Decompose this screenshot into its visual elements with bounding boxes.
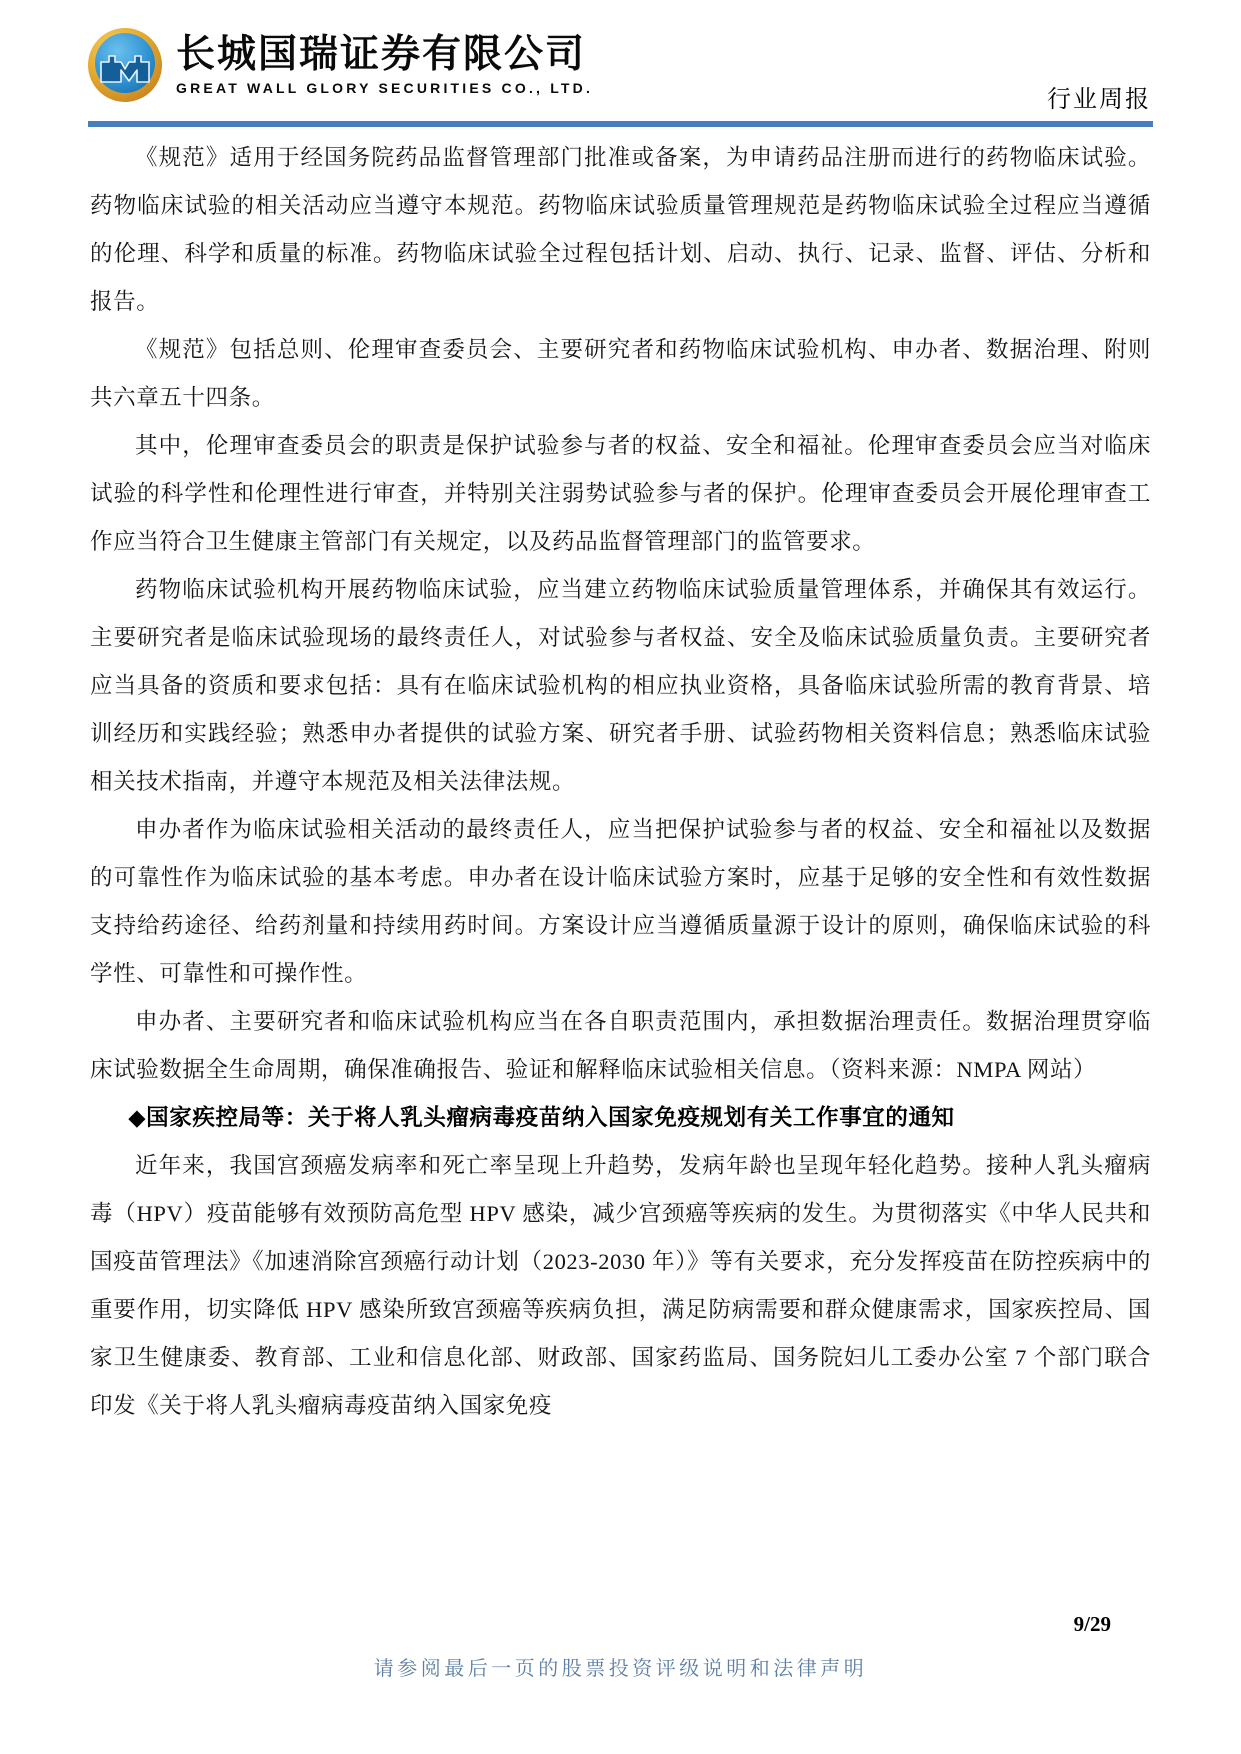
report-type-label: 行业周报 (1047, 79, 1151, 114)
body-paragraph: 近年来，我国宫颈癌发病率和死亡率呈现上升趋势，发病年龄也呈现年轻化趋势。接种人乳… (90, 1142, 1151, 1430)
company-name-en: GREAT WALL GLORY SECURITIES CO., LTD. (176, 80, 593, 96)
section-heading: ◆国家疾控局等：关于将人乳头瘤病毒疫苗纳入国家免疫规划有关工作事宜的通知 (90, 1094, 1151, 1142)
report-page: 长城国瑞证券有限公司 GREAT WALL GLORY SECURITIES C… (0, 0, 1241, 1754)
body-paragraph: 药物临床试验机构开展药物临床试验，应当建立药物临床试验质量管理体系，并确保其有效… (90, 566, 1151, 806)
body-paragraph: 《规范》包括总则、伦理审查委员会、主要研究者和药物临床试验机构、申办者、数据治理… (90, 326, 1151, 422)
body-paragraph: 《规范》适用于经国务院药品监督管理部门批准或备案，为申请药品注册而进行的药物临床… (90, 134, 1151, 326)
body-paragraph: 申办者作为临床试验相关活动的最终责任人，应当把保护试验参与者的权益、安全和福祉以… (90, 806, 1151, 998)
body-paragraphs: 《规范》适用于经国务院药品监督管理部门批准或备案，为申请药品注册而进行的药物临床… (90, 134, 1151, 1430)
company-names: 长城国瑞证券有限公司 GREAT WALL GLORY SECURITIES C… (176, 34, 593, 97)
company-brand: 长城国瑞证券有限公司 GREAT WALL GLORY SECURITIES C… (88, 28, 1153, 102)
body-paragraph: 申办者、主要研究者和临床试验机构应当在各自职责范围内，承担数据治理责任。数据治理… (90, 998, 1151, 1094)
page-number: 9/29 (1074, 1612, 1111, 1637)
logo-m-icon (99, 50, 151, 84)
page-header: 长城国瑞证券有限公司 GREAT WALL GLORY SECURITIES C… (88, 28, 1153, 114)
footer-disclaimer: 请参阅最后一页的股票投资评级说明和法律声明 (0, 1652, 1241, 1681)
company-name-cn: 长城国瑞证券有限公司 (176, 34, 593, 77)
header-divider (88, 121, 1153, 127)
body-paragraph: 其中，伦理审查委员会的职责是保护试验参与者的权益、安全和福祉。伦理审查委员会应当… (90, 422, 1151, 566)
company-logo-icon (88, 28, 162, 102)
